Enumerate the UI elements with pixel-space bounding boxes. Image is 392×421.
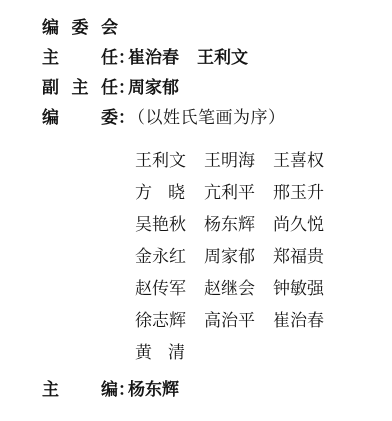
member-row: 吴艳秋 杨东辉 尚久悦: [135, 208, 392, 240]
chief-editor-colon: ：: [118, 381, 128, 398]
director-name: 王利文: [197, 49, 247, 66]
director-names: 崔治春 王利文: [128, 49, 247, 66]
member-name: 高治平: [204, 312, 254, 329]
deputy-director-colon: ：: [118, 79, 128, 96]
director-label: 主任: [42, 49, 118, 66]
member-row: 方晓 亢利平 邢玉升: [135, 176, 392, 208]
committee-colon: ：: [118, 109, 128, 126]
member-row: 王利文 王明海 王喜权: [135, 144, 392, 176]
title-row: 编委会: [42, 12, 392, 42]
member-name: 王利文: [135, 152, 185, 169]
member-name: 徐志辉: [135, 312, 185, 329]
page-title: 编委会: [42, 19, 118, 36]
member-row: 徐志辉 高治平 崔治春: [135, 304, 392, 336]
member-name: 王明海: [204, 152, 254, 169]
committee-label: 编委: [42, 109, 118, 126]
member-row: 赵传军 赵继会 钟敏强: [135, 272, 392, 304]
deputy-director-name: 周家郁: [128, 79, 178, 96]
member-row: 黄清: [135, 336, 392, 368]
member-name: 杨东辉: [204, 216, 254, 233]
member-name: 亢利平: [204, 184, 254, 201]
member-name: 郑福贵: [273, 248, 323, 265]
director-colon: ：: [118, 49, 128, 66]
member-name: 王喜权: [273, 152, 323, 169]
chief-editor-row: 主编 ： 杨东辉: [42, 373, 392, 405]
member-name: 赵传军: [135, 280, 185, 297]
deputy-director-row: 副主任 ： 周家郁: [42, 72, 392, 102]
member-row: 金永红 周家郁 郑福贵: [135, 240, 392, 272]
committee-row: 编委 ： （以姓氏笔画为序）: [42, 102, 392, 132]
committee-members-list: 王利文 王明海 王喜权 方晓 亢利平 邢玉升 吴艳秋 杨东辉 尚久悦 金永红 周…: [42, 144, 392, 368]
chief-editor-name: 杨东辉: [128, 381, 178, 398]
member-name: 方晓: [135, 184, 185, 201]
chief-editor-names: 杨东辉: [128, 381, 178, 398]
member-name: 邢玉升: [273, 184, 323, 201]
member-name: 周家郁: [204, 248, 254, 265]
member-name: 吴艳秋: [135, 216, 185, 233]
member-name: 赵继会: [204, 280, 254, 297]
member-name: 黄清: [135, 344, 185, 361]
director-name: 崔治春: [128, 49, 178, 66]
deputy-director-label: 副主任: [42, 79, 118, 96]
chief-editor-label: 主编: [42, 381, 118, 398]
member-name: 尚久悦: [273, 216, 323, 233]
committee-sort-note: （以姓氏笔画为序）: [128, 109, 286, 126]
member-name: 崔治春: [273, 312, 323, 329]
member-name: 钟敏强: [273, 280, 323, 297]
deputy-director-names: 周家郁: [128, 79, 178, 96]
director-row: 主任 ： 崔治春 王利文: [42, 42, 392, 72]
editorial-board-page: 编委会 主任 ： 崔治春 王利文 副主任 ： 周家郁 编委 ： （以姓氏笔画为序…: [0, 0, 392, 421]
member-name: 金永红: [135, 248, 185, 265]
